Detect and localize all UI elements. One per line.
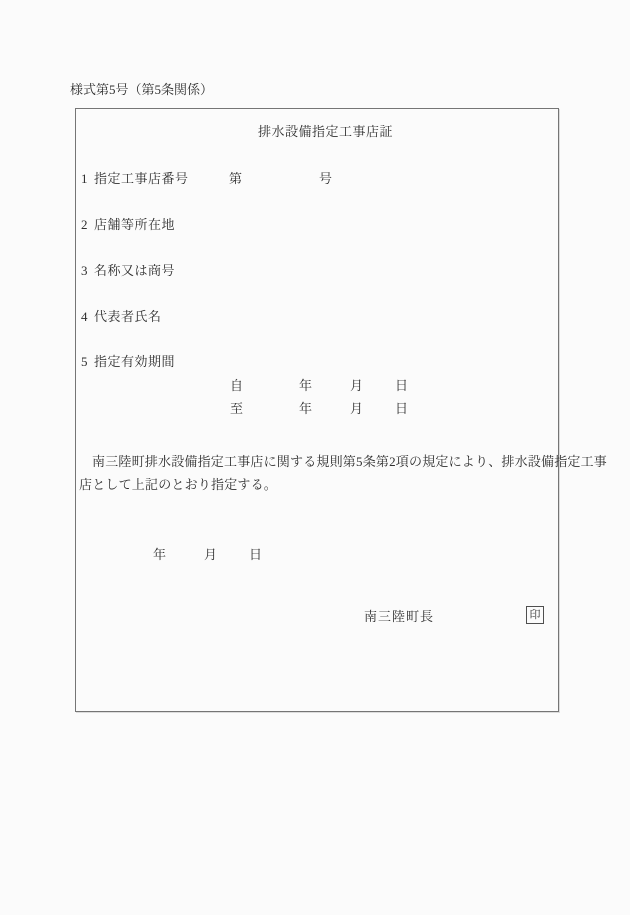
mayor-signature-title: 南三陸町長 bbox=[364, 610, 434, 623]
day-label: 日 bbox=[395, 379, 408, 392]
day-label: 日 bbox=[395, 402, 408, 415]
number-prefix-label: 第 bbox=[229, 172, 242, 185]
field-index: 5 bbox=[81, 355, 88, 368]
month-label: 月 bbox=[350, 402, 363, 415]
validity-from-row: 自 年 月 日 bbox=[76, 379, 558, 395]
document-page: { "colors": { "page_bg": "#fbfbfb", "bor… bbox=[0, 0, 630, 915]
field-row-shop-address: 2 店舗等所在地 bbox=[76, 218, 558, 234]
certificate-title: 排水設備指定工事店証 bbox=[258, 125, 393, 138]
day-label: 日 bbox=[249, 548, 262, 561]
field-label: 代表者氏名 bbox=[94, 310, 162, 323]
field-label: 指定工事店番号 bbox=[94, 172, 189, 185]
field-label: 指定有効期間 bbox=[94, 355, 175, 368]
seal-character: 印 bbox=[530, 610, 541, 621]
seal-placeholder-box: 印 bbox=[526, 606, 544, 624]
statement-line-1: 南三陸町排水設備指定工事店に関する規則第5条第2項の規定により、排水設備指定工事 bbox=[79, 455, 607, 468]
year-label: 年 bbox=[153, 548, 166, 561]
issue-date-row: 年 月 日 bbox=[76, 548, 558, 564]
validity-from-label: 自 bbox=[230, 379, 243, 392]
statement-line-2: 店として上記のとおり指定する。 bbox=[79, 478, 277, 491]
validity-to-label: 至 bbox=[230, 402, 243, 415]
validity-to-row: 至 年 月 日 bbox=[76, 402, 558, 418]
field-row-trade-name: 3 名称又は商号 bbox=[76, 264, 558, 280]
number-suffix-label: 号 bbox=[319, 172, 332, 185]
field-row-designated-shop-number: 1 指定工事店番号 第 号 bbox=[76, 172, 558, 188]
field-index: 4 bbox=[81, 310, 88, 323]
field-index: 2 bbox=[81, 218, 88, 231]
form-number-label: 様式第5号（第5条関係） bbox=[70, 82, 213, 98]
month-label: 月 bbox=[204, 548, 217, 561]
field-label: 店舗等所在地 bbox=[94, 218, 175, 231]
certificate-border-box: 排水設備指定工事店証 1 指定工事店番号 第 号 2 店舗等所在地 3 名称又は… bbox=[75, 108, 559, 712]
month-label: 月 bbox=[350, 379, 363, 392]
field-index: 3 bbox=[81, 264, 88, 277]
field-row-validity-period: 5 指定有効期間 bbox=[76, 355, 558, 371]
field-row-representative-name: 4 代表者氏名 bbox=[76, 310, 558, 326]
year-label: 年 bbox=[299, 402, 312, 415]
year-label: 年 bbox=[299, 379, 312, 392]
field-index: 1 bbox=[81, 172, 88, 185]
field-label: 名称又は商号 bbox=[94, 264, 175, 277]
